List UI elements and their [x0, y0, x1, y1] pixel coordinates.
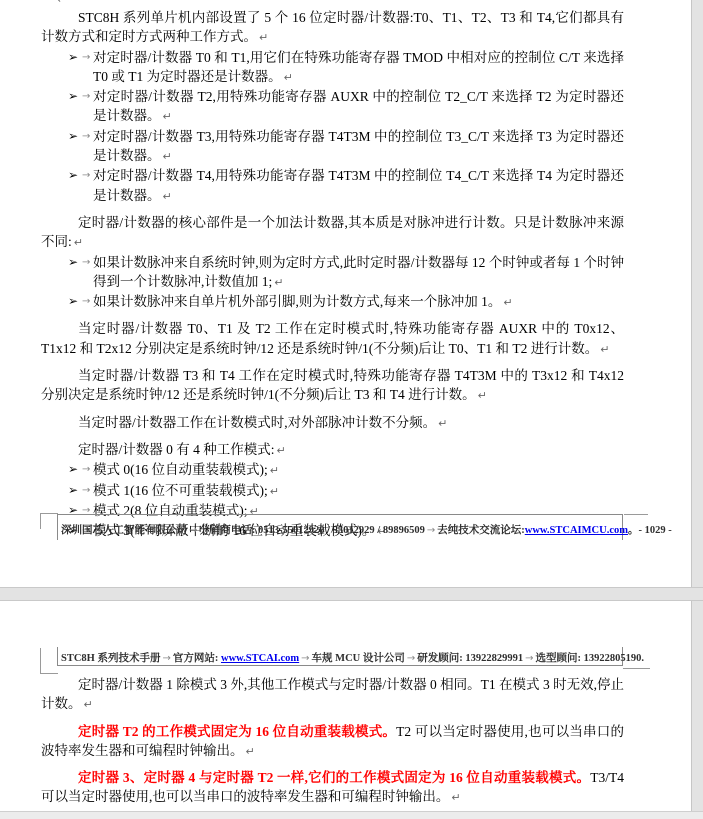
header-company-type: 车规 MCU 设计公司 [312, 650, 405, 665]
tab-arrow-icon: → [82, 253, 90, 272]
paragraph-mark: ↵ [270, 485, 279, 498]
footer-distributor-phone: 分销商电话: 0513-55012928 / 55012929 / 898965… [199, 522, 424, 537]
paragraph-mark: ↵ [478, 389, 487, 402]
list-item: ➢→模式 0(16 位自动重装载模式);↵ [41, 460, 624, 480]
paragraph-mark: ↵ [284, 71, 293, 84]
page-number: - 1029 - [638, 525, 671, 536]
paragraph: STC8H 系列单片机内部设置了 5 个 16 位定时器/计数器:T0、T1、T… [41, 8, 624, 48]
header-website: 官方网站: www.STCAI.com [173, 650, 299, 665]
footer-forum-period: 。 [628, 525, 639, 536]
document-page-1: ↵ STC8H 系列单片机内部设置了 5 个 16 位定时器/计数器:T0、T1… [0, 0, 691, 587]
paragraph-mark: ↵ [274, 276, 283, 289]
list-item: ➢→模式 1(16 位不可重装载模式);↵ [41, 481, 624, 501]
paragraph-mark: ↵ [270, 464, 279, 477]
tab-arrow-icon: → [82, 87, 90, 106]
document-page-2: STC8H 系列技术手册 → 官方网站: www.STCAI.com → 车规 … [0, 601, 691, 819]
paragraph: 定时器/计数器 0 有 4 种工作模式:↵ [41, 440, 624, 460]
list-item: ➢→对定时器/计数器 T0 和 T1,用它们在特殊功能寄存器 TMOD 中相对应… [41, 48, 624, 88]
footer-forum-label: 去纯技术交流论坛: [437, 525, 525, 536]
page1-body-text: STC8H 系列单片机内部设置了 5 个 16 位定时器/计数器:T0、T1、T… [41, 8, 624, 541]
paragraph: 定时器 3、定时器 4 与定时器 T2 一样,它们的工作模式固定为 16 位自动… [41, 768, 624, 808]
list-item: ➢→对定时器/计数器 T4,用特殊功能寄存器 T4T3M 中的控制位 T4_C/… [41, 166, 624, 206]
document-viewport: { "marks": { "pilcrow": "↵", "bullet": "… [0, 0, 703, 819]
list-item: ➢→对定时器/计数器 T3,用特殊功能寄存器 T4T3M 中的控制位 T3_C/… [41, 127, 624, 167]
list-item: ➢→如果计数脉冲来自单片机外部引脚,则为计数方式,每来一个脉冲加 1。↵ [41, 292, 624, 312]
arrow-bullet-icon: ➢ [68, 460, 78, 479]
canvas-bottom-edge [0, 811, 703, 819]
paragraph: 定时器 T2 的工作模式固定为 16 位自动重装载模式。T2 可以当定时器使用,… [41, 722, 624, 762]
page-separator [0, 587, 703, 601]
arrow-bullet-icon: ➢ [68, 127, 78, 146]
arrow-bullet-icon: ➢ [68, 166, 78, 185]
tab-arrow-icon: → [425, 525, 437, 536]
header-website-label: 官方网站: [173, 653, 221, 664]
page2-body-text: 定时器/计数器 1 除模式 3 外,其他工作模式与定时器/计数器 0 相同。T1… [41, 675, 624, 808]
paragraph: 当定时器/计数器工作在计数模式时,对外部脉冲计数不分频。↵ [41, 413, 624, 433]
paragraph-mark: ↵ [163, 150, 172, 163]
paragraph: 当定时器/计数器 T0、T1 及 T2 工作在定时模式时,特殊功能寄存器 AUX… [41, 319, 624, 359]
tab-arrow-icon: → [82, 481, 90, 500]
paragraph-mark: ↵ [163, 190, 172, 203]
paragraph-mark: ↵ [246, 745, 255, 758]
paragraph-mark: ↵ [451, 791, 460, 804]
arrow-bullet-icon: ➢ [68, 48, 78, 67]
tab-arrow-icon: → [523, 653, 535, 664]
header-doc-title: STC8H 系列技术手册 [61, 650, 160, 665]
paragraph: 当定时器/计数器 T3 和 T4 工作在定时模式时,特殊功能寄存器 T4T3M … [41, 366, 624, 406]
tab-arrow-icon: → [187, 525, 199, 536]
tab-arrow-icon: → [405, 653, 417, 664]
header-dev-contact: 研发顾问: 13922829991 [417, 650, 523, 665]
paragraph-mark: ↵ [277, 444, 286, 457]
paragraph: 定时器/计数器的核心部件是一个加法计数器,其本质是对脉冲进行计数。只是计数脉冲来… [41, 213, 624, 253]
header-website-link[interactable]: www.STCAI.com [221, 653, 299, 664]
arrow-bullet-icon: ➢ [68, 481, 78, 500]
arrow-bullet-icon: ➢ [68, 87, 78, 106]
footer-company: 深圳国芯人工智能有限公司 [61, 522, 187, 537]
paragraph-mark: ↵ [163, 110, 172, 123]
paragraph-mark: ↵ [600, 343, 609, 356]
list-item: ➢→对定时器/计数器 T2,用特殊功能寄存器 AUXR 中的控制位 T2_C/T… [41, 87, 624, 127]
red-bold-text: 定时器 3、定时器 4 与定时器 T2 一样,它们的工作模式固定为 16 位自动… [78, 770, 590, 785]
tab-arrow-icon: → [82, 292, 90, 311]
tab-arrow-icon: → [82, 48, 90, 67]
paragraph-mark: ↵ [57, 0, 66, 6]
tab-arrow-icon: → [299, 653, 311, 664]
tab-arrow-icon: → [82, 460, 90, 479]
text-boundary-mark [40, 648, 58, 674]
tab-arrow-icon: → [82, 127, 90, 146]
red-bold-text: 定时器 T2 的工作模式固定为 16 位自动重装载模式。 [78, 724, 396, 739]
paragraph: 定时器/计数器 1 除模式 3 外,其他工作模式与定时器/计数器 0 相同。T1… [41, 675, 624, 715]
paragraph-mark: ↵ [438, 417, 447, 430]
tab-arrow-icon: → [160, 653, 172, 664]
page1-footer: 深圳国芯人工智能有限公司 → 分销商电话: 0513-55012928 / 55… [57, 514, 623, 540]
text-boundary-mark [40, 513, 58, 529]
canvas-right-margin [691, 0, 703, 819]
paragraph-mark: ↵ [74, 236, 83, 249]
arrow-bullet-icon: ➢ [68, 292, 78, 311]
footer-forum-link[interactable]: www.STCAIMCU.com [525, 525, 628, 536]
page2-header: STC8H 系列技术手册 → 官方网站: www.STCAI.com → 车规 … [57, 647, 623, 666]
paragraph-mark: ↵ [503, 296, 512, 309]
header-select-contact: 选型顾问: 13922805190. [536, 650, 645, 665]
list-item: ➢→如果计数脉冲来自系统时钟,则为定时方式,此时定时器/计数器每 12 个时钟或… [41, 253, 624, 293]
paragraph-mark: ↵ [259, 31, 268, 44]
tab-arrow-icon: → [82, 166, 90, 185]
arrow-bullet-icon: ➢ [68, 253, 78, 272]
paragraph-mark: ↵ [84, 698, 93, 711]
footer-forum: 去纯技术交流论坛:www.STCAIMCU.com。 [437, 522, 638, 537]
